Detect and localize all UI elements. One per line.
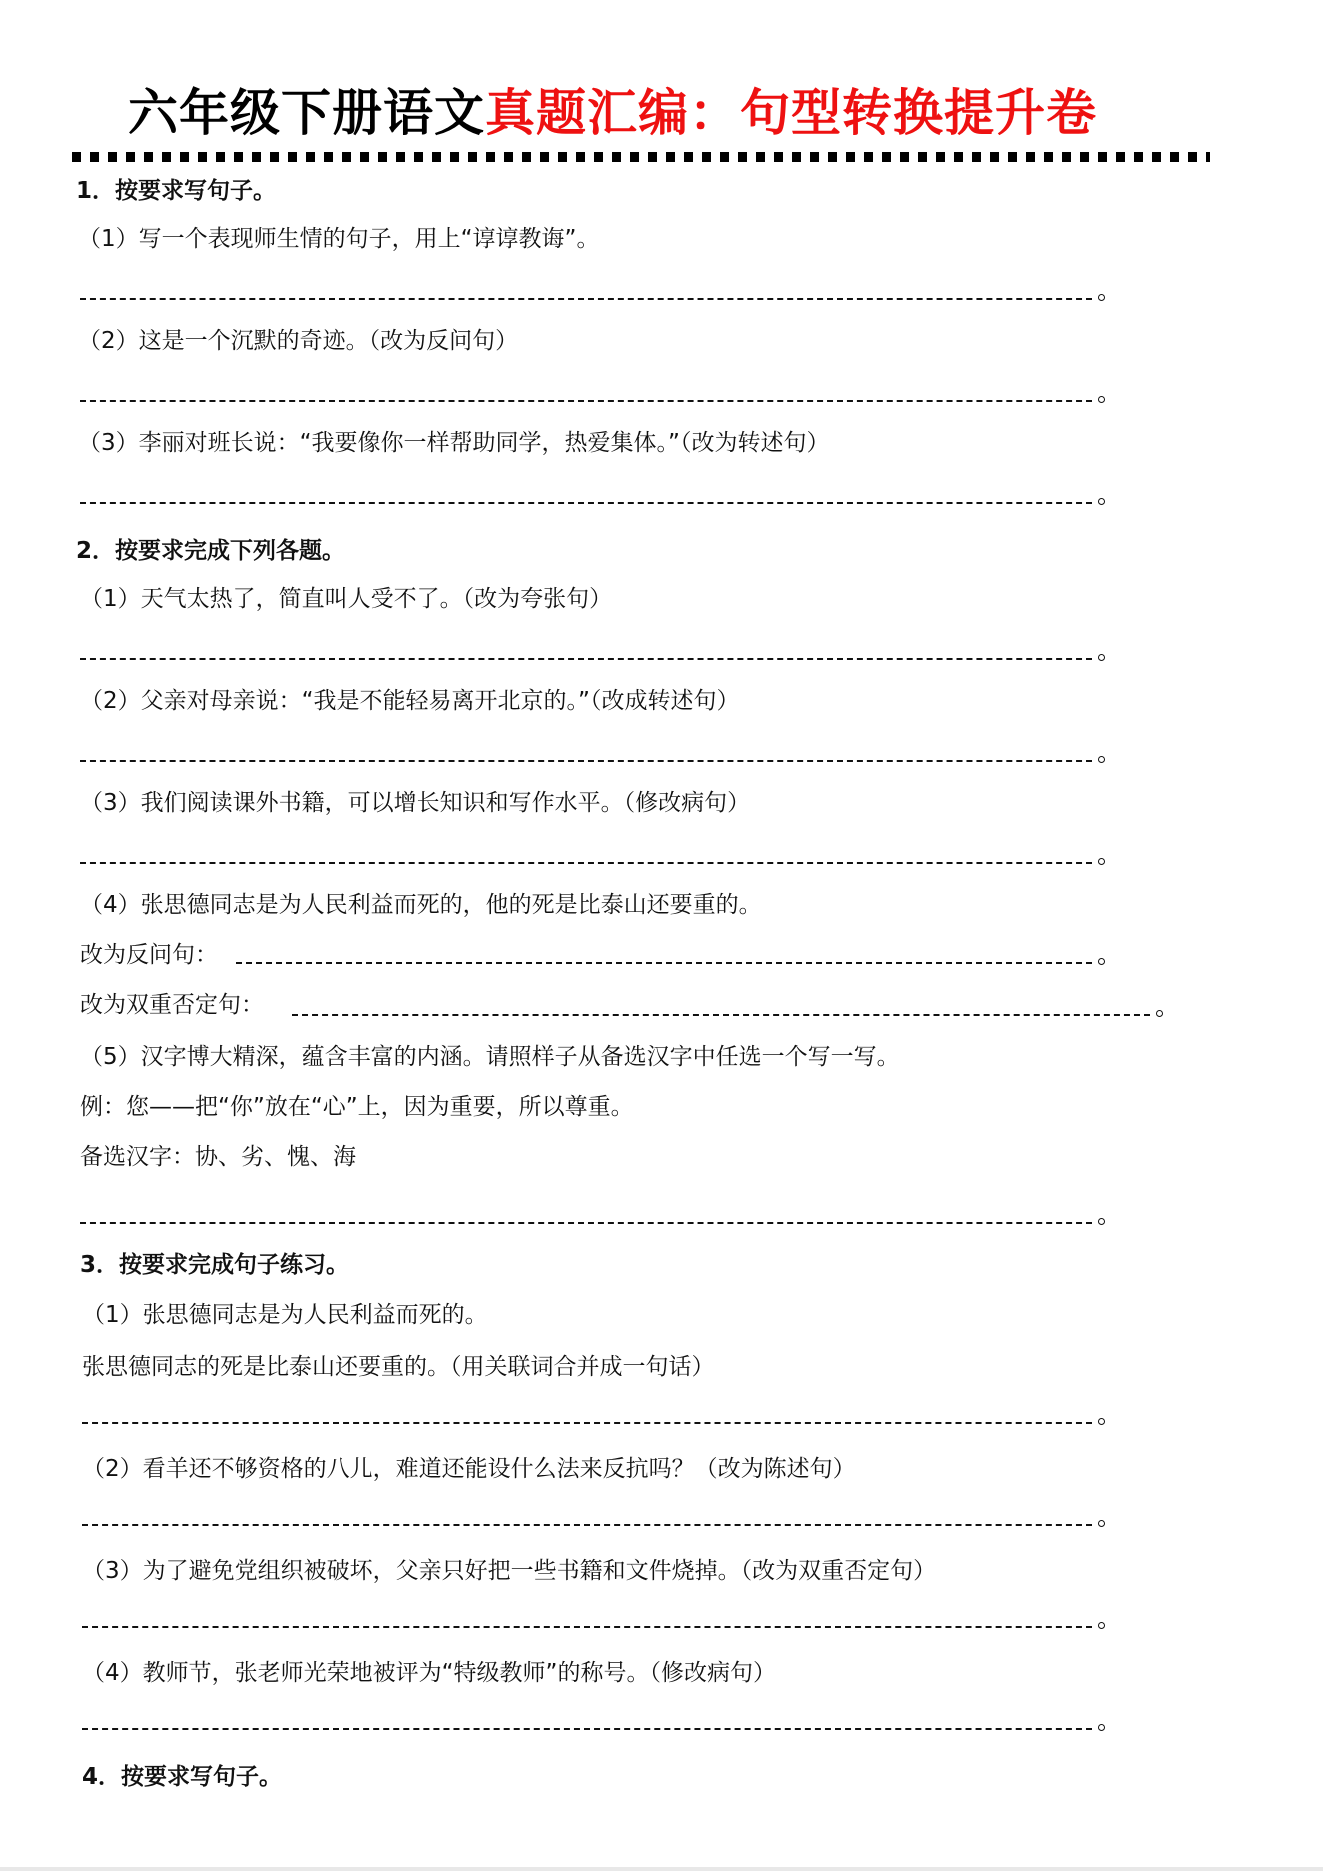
period-mark xyxy=(1098,1724,1105,1731)
period-mark xyxy=(1098,294,1105,301)
title-red-part: 真题汇编：句型转换提升卷 xyxy=(485,84,1097,142)
section-2-heading: 2．按要求完成下列各题。 xyxy=(76,536,345,566)
question-3-4: （4）教师节，张老师光荣地被评为“特级教师”的称号。（修改病句） xyxy=(82,1658,776,1688)
period-mark xyxy=(1098,498,1105,505)
answer-blank-1-1[interactable] xyxy=(80,298,1092,300)
question-3-3: （3）为了避免党组织被破坏，父亲只好把一些书籍和文件烧掉。（改为双重否定句） xyxy=(82,1556,936,1586)
question-1-3: （3）李丽对班长说：“我要像你一样帮助同学，热爱集体。”（改为转述句） xyxy=(78,428,829,458)
answer-blank-2-5[interactable] xyxy=(80,1222,1092,1224)
sub-prompt-rhetorical: 改为反问句： xyxy=(80,940,218,970)
period-mark xyxy=(1098,1418,1105,1425)
question-2-1: （1）天气太热了，简直叫人受不了。（改为夸张句） xyxy=(80,584,612,614)
answer-blank-3-3[interactable] xyxy=(82,1626,1092,1628)
question-2-5: （5）汉字博大精深，蕴含丰富的内涵。请照样子从备选汉字中任选一个写一写。 xyxy=(80,1042,900,1072)
period-mark xyxy=(1098,1218,1105,1225)
title-black-part: 六年级下册语文 xyxy=(128,84,485,142)
sub-prompt-double-negative: 改为双重否定句： xyxy=(80,990,264,1020)
answer-blank-2-4-rhetorical[interactable] xyxy=(236,962,1092,964)
question-2-2: （2）父亲对母亲说：“我是不能轻易离开北京的。”（改成转述句） xyxy=(80,686,739,716)
question-3-1: （1）张思德同志是为人民利益而死的。 xyxy=(82,1300,488,1330)
question-3-2: （2）看羊还不够资格的八儿，难道还能设什么法来反抗吗？（改为陈述句） xyxy=(82,1454,856,1484)
question-2-4: （4）张思德同志是为人民利益而死的，他的死是比泰山还要重的。 xyxy=(80,890,762,920)
section-4-heading: 4．按要求写句子。 xyxy=(82,1762,282,1792)
answer-blank-3-4[interactable] xyxy=(82,1728,1092,1730)
answer-blank-1-3[interactable] xyxy=(80,502,1092,504)
dotted-divider xyxy=(72,152,1210,162)
period-mark xyxy=(1156,1010,1163,1017)
example-line: 例：您——把“你”放在“心”上，因为重要，所以尊重。 xyxy=(80,1092,634,1122)
answer-blank-2-2[interactable] xyxy=(80,760,1092,762)
answer-blank-1-2[interactable] xyxy=(80,400,1092,402)
period-mark xyxy=(1098,756,1105,763)
period-mark xyxy=(1098,958,1105,965)
period-mark xyxy=(1098,1520,1105,1527)
period-mark xyxy=(1098,1622,1105,1629)
page-bottom-edge xyxy=(0,1867,1323,1871)
answer-blank-2-3[interactable] xyxy=(80,862,1092,864)
answer-blank-3-2[interactable] xyxy=(82,1524,1092,1526)
period-mark xyxy=(1098,858,1105,865)
answer-blank-2-4-double-negative[interactable] xyxy=(292,1014,1150,1016)
question-3-1-second: 张思德同志的死是比泰山还要重的。（用关联词合并成一句话） xyxy=(82,1352,715,1382)
answer-blank-2-1[interactable] xyxy=(80,658,1092,660)
period-mark xyxy=(1098,654,1105,661)
question-2-3: （3）我们阅读课外书籍，可以增长知识和写作水平。（修改病句） xyxy=(80,788,750,818)
question-1-2: （2）这是一个沉默的奇迹。（改为反问句） xyxy=(78,326,518,356)
period-mark xyxy=(1098,396,1105,403)
section-3-heading: 3．按要求完成句子练习。 xyxy=(80,1250,349,1280)
page-title: 六年级下册语文真题汇编：句型转换提升卷 xyxy=(128,78,1097,148)
candidate-characters: 备选汉字：协、劣、愧、海 xyxy=(80,1142,356,1172)
section-1-heading: 1．按要求写句子。 xyxy=(76,176,276,206)
answer-blank-3-1[interactable] xyxy=(82,1422,1092,1424)
question-1-1: （1）写一个表现师生情的句子，用上“谆谆教诲”。 xyxy=(78,224,599,254)
